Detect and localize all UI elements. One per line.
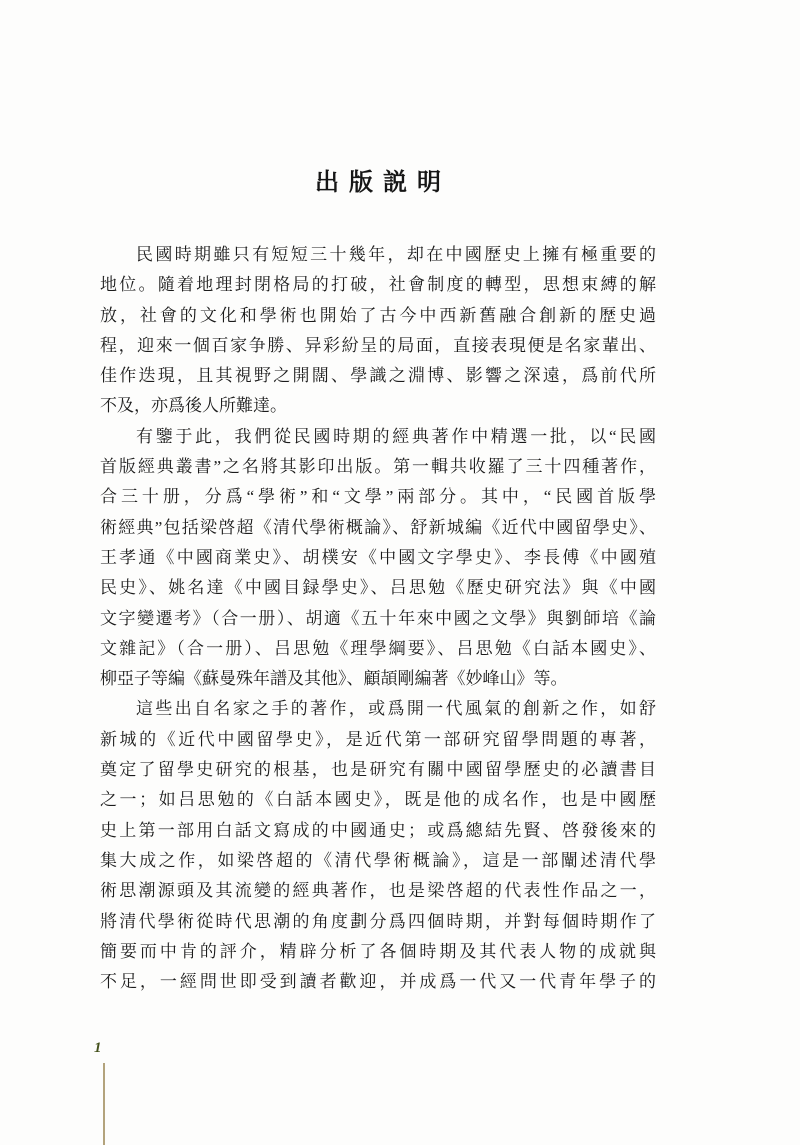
text-line: 不足，一經問世即受到讀者歡迎，并成爲一代又一代青年學子的 [100, 967, 656, 997]
text-line: 民國時期雖只有短短三十幾年，却在中國歷史上擁有極重要的 [100, 240, 656, 270]
text-line: 新城的《近代中國留學史》，是近代第一部研究留學問題的專著， [100, 725, 656, 755]
text-line: 首版經典叢書”之名將其影印出版。第一輯共收羅了三十四種著作， [100, 452, 656, 482]
text-line: 合三十册，分爲“學術”和“文學”兩部分。其中，“民國首版學 [100, 482, 656, 512]
text-line: 簡要而中肯的評介，精辟分析了各個時期及其代表人物的成就與 [100, 937, 656, 967]
text-line: 術思潮源頭及其流變的經典著作，也是梁啓超的代表性作品之一， [100, 876, 656, 906]
text-line: 文雜記》（合一册）、吕思勉《理學綱要》、吕思勉《白話本國史》、 [100, 634, 656, 664]
page-title: 出版説明 [100, 162, 656, 197]
text-line: 程，迎來一個百家争勝、异彩紛呈的局面，直接表現便是名家輩出、 [100, 331, 656, 361]
text-line: 奠定了留學史研究的根基，也是研究有關中國留學歷史的必讀書目 [100, 755, 656, 785]
text-line: 集大成之作，如梁啓超的《清代學術概論》，這是一部闡述清代學 [100, 846, 656, 876]
text-line: 佳作迭現，且其視野之開闊、學識之淵博、影響之深遠，爲前代所 [100, 361, 656, 391]
text-line: 地位。隨着地理封閉格局的打破，社會制度的轉型，思想束縛的解 [100, 270, 656, 300]
text-line: 有鑒于此，我們從民國時期的經典著作中精選一批，以“民國 [100, 422, 656, 452]
body-text: 民國時期雖只有短短三十幾年，却在中國歷史上擁有極重要的地位。隨着地理封閉格局的打… [100, 240, 656, 997]
text-line: 不及，亦爲後人所難達。 [100, 391, 656, 421]
text-line: 文字變遷考》（合一册）、胡適《五十年來中國之文學》與劉師培《論 [100, 604, 656, 634]
text-line: 史上第一部用白話文寫成的中國通史；或爲總結先賢、啓發後來的 [100, 816, 656, 846]
text-line: 王孝通《中國商業史》、胡樸安《中國文字學史》、李長傅《中國殖 [100, 543, 656, 573]
text-line: 術經典”包括梁啓超《清代學術概論》、舒新城編《近代中國留學史》、 [100, 513, 656, 543]
text-line: 柳亞子等編《蘇曼殊年譜及其他》、顧頡剛編著《妙峰山》等。 [100, 664, 656, 694]
text-line: 這些出自名家之手的著作，或爲開一代風氣的創新之作，如舒 [100, 694, 656, 724]
text-line: 之一；如吕思勉的《白話本國史》，既是他的成名作，也是中國歷 [100, 785, 656, 815]
text-line: 民史》、姚名達《中國目録學史》、吕思勉《歷史研究法》與《中國 [100, 573, 656, 603]
text-line: 放，社會的文化和學術也開始了古今中西新舊融合創新的歷史過 [100, 301, 656, 331]
text-line: 將清代學術從時代思潮的角度劃分爲四個時期，并對每個時期作了 [100, 907, 656, 937]
page-number: 1 [94, 1040, 102, 1057]
book-page: 出版説明 民國時期雖只有短短三十幾年，却在中國歷史上擁有極重要的地位。隨着地理封… [0, 0, 800, 1145]
footer-rule [103, 1063, 105, 1145]
